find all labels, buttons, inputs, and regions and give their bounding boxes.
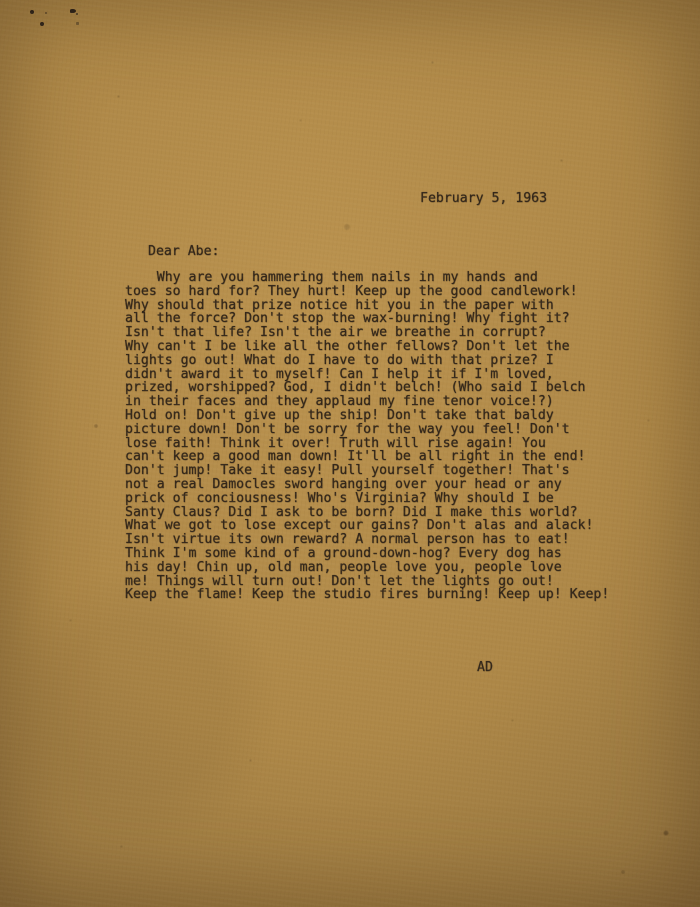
- body-line: lights go out! What do I have to do with…: [125, 354, 609, 368]
- body-line: Don't jump! Take it easy! Pull yourself …: [125, 464, 609, 478]
- paper-specks: [0, 0, 1, 1]
- ink-speck: [70, 9, 76, 13]
- letter-signature: AD: [477, 661, 493, 675]
- body-line: Isn't virtue its own reward? A normal pe…: [125, 533, 609, 547]
- letter-body: Why are you hammering them nails in my h…: [125, 271, 609, 602]
- body-line: Why are you hammering them nails in my h…: [125, 271, 609, 285]
- body-line: Think I'm some kind of a ground-down-hog…: [125, 547, 609, 561]
- body-line: Isn't that life? Isn't the air we breath…: [125, 326, 609, 340]
- body-line: picture down! Don't be sorry for the way…: [125, 423, 609, 437]
- ink-speck: [76, 13, 78, 15]
- ink-speck: [76, 22, 79, 25]
- body-line: toes so hard for? They hurt! Keep up the…: [125, 285, 609, 299]
- body-line: Keep the flame! Keep the studio fires bu…: [125, 588, 609, 602]
- letter-salutation: Dear Abe:: [148, 245, 219, 259]
- ink-speck: [45, 12, 47, 14]
- body-line: in their faces and they applaud my fine …: [125, 395, 609, 409]
- letter-page: February 5, 1963 Dear Abe: Why are you h…: [0, 0, 700, 907]
- body-line: his day! Chin up, old man, people love y…: [125, 561, 609, 575]
- ink-speck: [30, 10, 34, 14]
- body-line: Why can't I be like all the other fellow…: [125, 340, 609, 354]
- body-line: Hold on! Don't give up the ship! Don't t…: [125, 409, 609, 423]
- body-line: not a real Damocles sword hanging over y…: [125, 478, 609, 492]
- letter-date: February 5, 1963: [420, 192, 547, 206]
- ink-speck: [40, 22, 44, 26]
- body-line: prick of conciousness! Who's Virginia? W…: [125, 492, 609, 506]
